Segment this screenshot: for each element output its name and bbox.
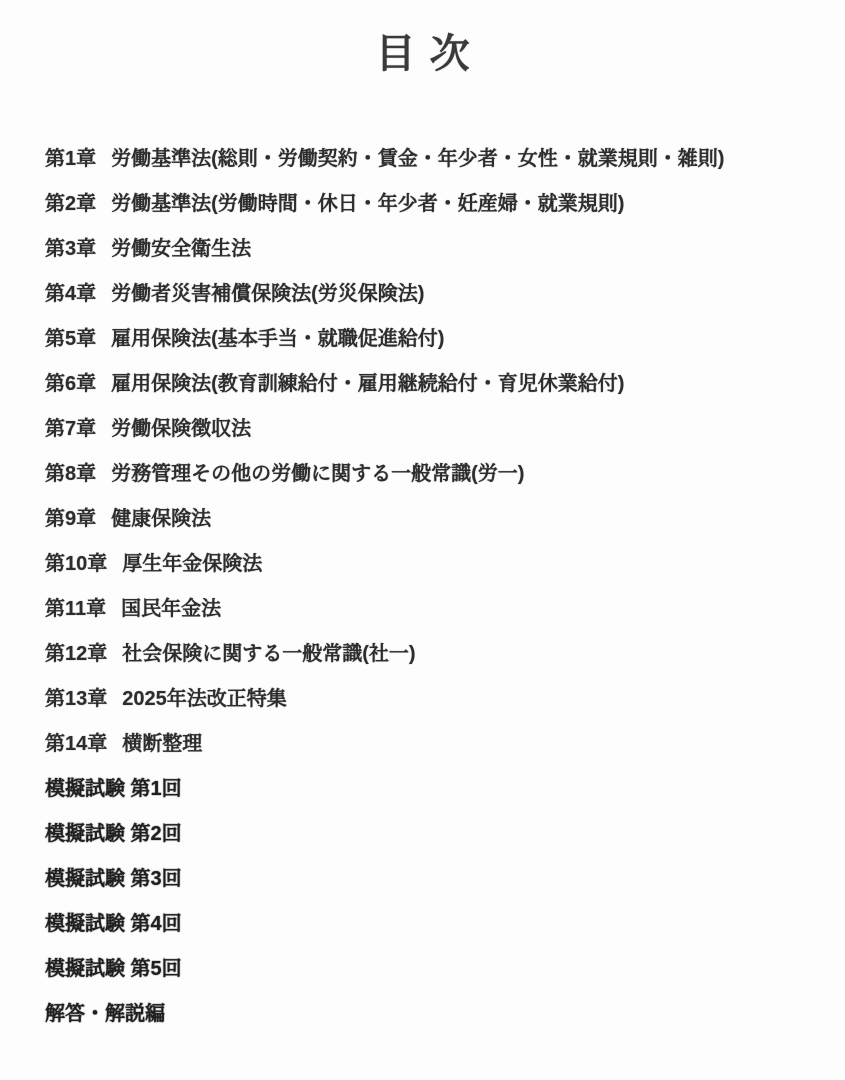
chapter-number: 第4章 xyxy=(45,284,96,305)
toc-entry-chapter-4: 第4章労働者災害補償保険法(労災保険法) xyxy=(45,284,815,305)
chapter-title: 労働保険徴収法 xyxy=(111,418,251,440)
toc-entry-mock-exam-5: 模擬試験 第5回 xyxy=(45,959,815,980)
toc-entry-mock-exam-1: 模擬試験 第1回 xyxy=(45,779,815,800)
mock-exam-label: 模擬試験 第2回 xyxy=(45,823,182,845)
toc-list: 第1章労働基準法(総則・労働契約・賃金・年少者・女性・就業規則・雑則) 第2章労… xyxy=(0,149,845,1025)
mock-exam-label: 模擬試験 第4回 xyxy=(45,913,182,935)
mock-exam-label: 模擬試験 第1回 xyxy=(45,778,182,800)
toc-entry-answers: 解答・解説編 xyxy=(45,1004,815,1025)
page-title: 目次 xyxy=(0,0,845,79)
toc-entry-chapter-13: 第13章2025年法改正特集 xyxy=(45,689,815,710)
chapter-number: 第8章 xyxy=(45,464,96,485)
toc-entry-chapter-8: 第8章労務管理その他の労働に関する一般常識(労一) xyxy=(45,464,815,485)
chapter-number: 第11章 xyxy=(45,599,106,620)
chapter-title: 雇用保険法(基本手当・就職促進給付) xyxy=(111,328,444,350)
chapter-number: 第3章 xyxy=(45,239,96,260)
chapter-title: 労務管理その他の労働に関する一般常識(労一) xyxy=(111,463,524,485)
toc-entry-chapter-14: 第14章横断整理 xyxy=(45,734,815,755)
toc-entry-chapter-9: 第9章健康保険法 xyxy=(45,509,815,530)
chapter-number: 第9章 xyxy=(45,509,96,530)
chapter-number: 第13章 xyxy=(45,689,107,710)
chapter-number: 第7章 xyxy=(45,419,96,440)
answers-label: 解答・解説編 xyxy=(45,1003,165,1025)
chapter-number: 第14章 xyxy=(45,734,107,755)
chapter-title: 厚生年金保険法 xyxy=(122,553,262,575)
chapter-number: 第1章 xyxy=(45,149,96,170)
chapter-number: 第2章 xyxy=(45,194,96,215)
toc-entry-chapter-6: 第6章雇用保険法(教育訓練給付・雇用継続給付・育児休業給付) xyxy=(45,374,815,395)
chapter-title: 労働基準法(総則・労働契約・賃金・年少者・女性・就業規則・雑則) xyxy=(111,148,724,170)
toc-entry-chapter-2: 第2章労働基準法(労働時間・休日・年少者・妊産婦・就業規則) xyxy=(45,194,815,215)
chapter-number: 第6章 xyxy=(45,374,96,395)
toc-entry-mock-exam-2: 模擬試験 第2回 xyxy=(45,824,815,845)
chapter-number: 第10章 xyxy=(45,554,107,575)
chapter-title: 2025年法改正特集 xyxy=(122,688,287,710)
toc-page: 目次 第1章労働基準法(総則・労働契約・賃金・年少者・女性・就業規則・雑則) 第… xyxy=(0,0,845,1080)
toc-entry-chapter-5: 第5章雇用保険法(基本手当・就職促進給付) xyxy=(45,329,815,350)
chapter-title: 横断整理 xyxy=(122,733,202,755)
chapter-title: 労働基準法(労働時間・休日・年少者・妊産婦・就業規則) xyxy=(111,193,624,215)
mock-exam-label: 模擬試験 第3回 xyxy=(45,868,182,890)
toc-entry-mock-exam-3: 模擬試験 第3回 xyxy=(45,869,815,890)
chapter-title: 国民年金法 xyxy=(121,598,221,620)
toc-entry-chapter-10: 第10章厚生年金保険法 xyxy=(45,554,815,575)
toc-entry-chapter-7: 第7章労働保険徴収法 xyxy=(45,419,815,440)
toc-entry-chapter-1: 第1章労働基準法(総則・労働契約・賃金・年少者・女性・就業規則・雑則) xyxy=(45,149,815,170)
toc-entry-chapter-11: 第11章国民年金法 xyxy=(45,599,815,620)
toc-entry-mock-exam-4: 模擬試験 第4回 xyxy=(45,914,815,935)
chapter-title: 労働安全衛生法 xyxy=(111,238,251,260)
mock-exam-label: 模擬試験 第5回 xyxy=(45,958,182,980)
chapter-title: 労働者災害補償保険法(労災保険法) xyxy=(111,283,424,305)
toc-entry-chapter-12: 第12章社会保険に関する一般常識(社一) xyxy=(45,644,815,665)
chapter-title: 社会保険に関する一般常識(社一) xyxy=(122,643,415,665)
chapter-title: 雇用保険法(教育訓練給付・雇用継続給付・育児休業給付) xyxy=(111,373,624,395)
toc-entry-chapter-3: 第3章労働安全衛生法 xyxy=(45,239,815,260)
chapter-title: 健康保険法 xyxy=(111,508,211,530)
chapter-number: 第12章 xyxy=(45,644,107,665)
chapter-number: 第5章 xyxy=(45,329,96,350)
